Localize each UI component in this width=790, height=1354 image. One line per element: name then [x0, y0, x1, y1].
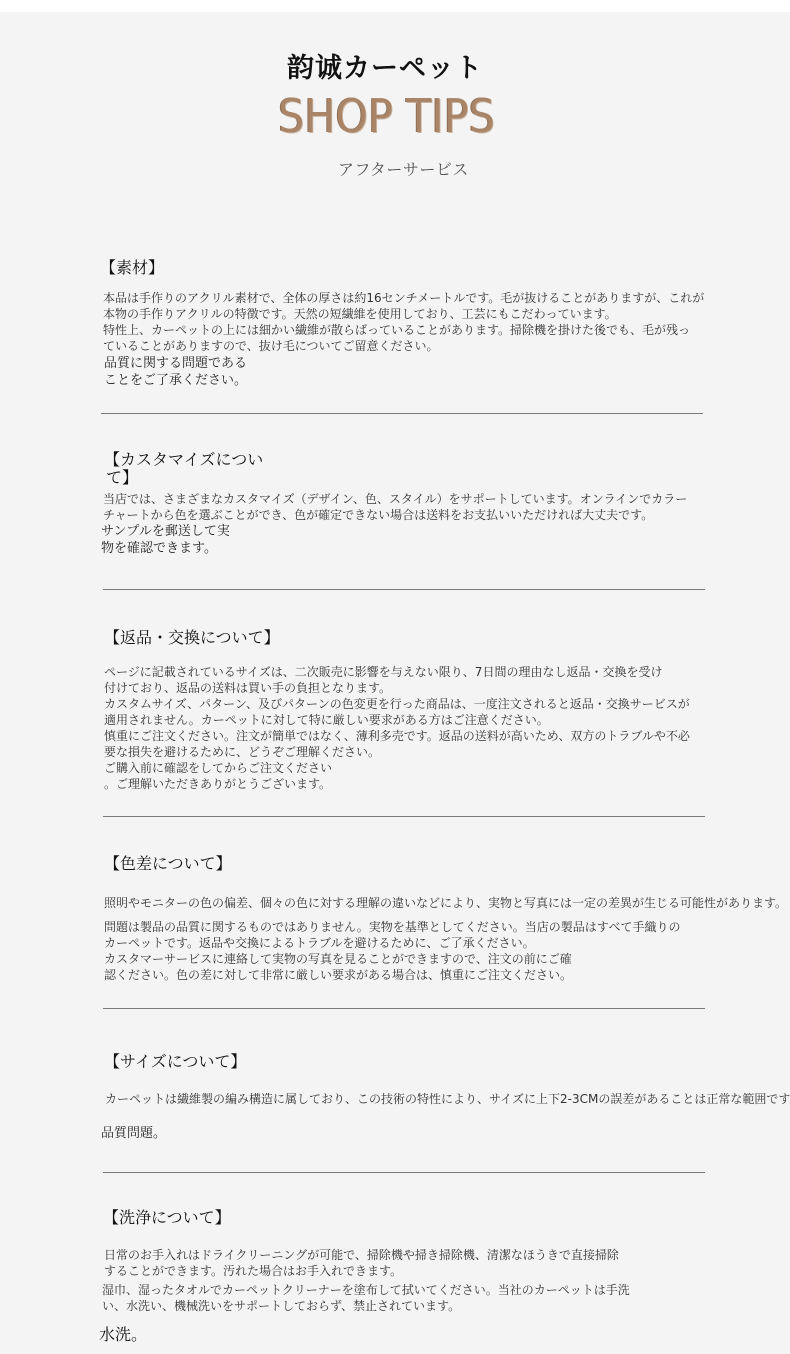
section-heading-color-diff: 【色差について】	[104, 854, 232, 874]
cleaning-tail: 水洗。	[99, 1322, 147, 1345]
material-line: 本品は手作りのアクリル素材で、全体の厚さは約16センチメートルです。毛が抜けるこ…	[103, 290, 704, 306]
top-strip	[0, 0, 790, 12]
cleaning-line: 日常のお手入れはドライクリーニングが可能で、掃除機や掃き掃除機、清潔なほうきで直…	[104, 1247, 619, 1263]
section-divider	[103, 816, 705, 817]
returns-line: カスタムサイズ、パターン、及びパターンの色変更を行った商品は、一度注文されると返…	[104, 696, 690, 712]
customize-line: チャートから色を選ぶことができ、色が確定できない場合は送料をお支払いいただければ…	[103, 507, 653, 523]
returns-line: 付けており、返品の送料は買い手の負担となります。	[104, 680, 391, 696]
cleaning-line: い、水洗い、機械洗いをサポートしておらず、禁止されています。	[102, 1298, 460, 1314]
customize-tail-line: 物を確認できます。	[101, 540, 217, 557]
color-diff-line: カーペットです。返品や交換によるトラブルを避けるために、ご了承ください。	[104, 935, 535, 951]
cleaning-line: することができます。汚れた場合はお手入れできます。	[104, 1263, 402, 1279]
color-diff-first-line: 照明やモニターの色の偏差、個々の色に対する理解の違いなどにより、実物と写真には一…	[104, 895, 787, 911]
material-tail-line: ことをご了承ください。	[104, 372, 247, 389]
returns-line: ご購入前に確認をしてからご注文ください	[104, 760, 332, 776]
returns-line: 要な損失を避けるために、どうぞご理解ください。	[104, 744, 380, 760]
section-divider	[103, 589, 705, 590]
shop-name: 韵诚カーペット	[287, 46, 483, 85]
material-line: 本物の手作りアクリルの特徴です。天然の短繊維を使用しており、工芸にもこだわってい…	[103, 306, 617, 322]
page-subtitle: アフターサービス	[338, 157, 469, 180]
returns-line: ページに記載されているサイズは、二次販売に影響を与えない限り、7日間の理由なし返…	[104, 664, 662, 680]
material-line: ていることがありますので、抜け毛についてご留意ください。	[103, 338, 439, 354]
cleaning-line: 湿巾、湿ったタオルでカーペットクリーナーを塗布して拭いてください。当社のカーペッ…	[102, 1282, 630, 1298]
section-heading-cleaning: 【洗浄について】	[103, 1208, 231, 1228]
material-line: 特性上、カーペットの上には細かい繊維が散らばっていることがあります。掃除機を掛け…	[103, 322, 690, 338]
section-heading-customize: 【カスタマイズについ	[104, 450, 263, 470]
customize-tail-line: サンプルを郵送して実	[101, 523, 230, 540]
section-divider	[101, 413, 703, 414]
section-heading-returns: 【返品・交換について】	[104, 628, 280, 648]
returns-line: 慎重にご注文ください。注文が簡単ではなく、薄利多売です。返品の送料が高いため、双…	[104, 728, 690, 744]
returns-line: 。ご理解いただきありがとうございます。	[104, 776, 331, 792]
section-heading-customize-cont: て】	[106, 468, 138, 488]
customize-line: 当店では、さまざまなカスタマイズ（デザイン、色、スタイル）をサポートしています。…	[103, 491, 687, 507]
returns-line: 適用されません。カーペットに対して特に厳しい要求がある方はご注意ください。	[104, 712, 549, 728]
shop-tips-logo: SHOP TIPS	[278, 88, 495, 144]
size-line: カーペットは繊維製の編み構造に属しており、この技術の特性により、サイズに上下2-…	[105, 1091, 790, 1107]
material-tail-line: 品質に関する問題である	[104, 355, 247, 372]
color-diff-line: 認ください。色の差に対して非常に厳しい要求がある場合は、慎重にご注文ください。	[104, 967, 572, 983]
size-tail: 品質問題。	[101, 1125, 166, 1142]
color-diff-line: カスタマーサービスに連絡して実物の写真を見ることができますので、注文の前にご確	[104, 951, 572, 967]
section-divider	[103, 1008, 705, 1009]
section-heading-material: 【素材】	[100, 258, 164, 278]
section-heading-size: 【サイズについて】	[104, 1052, 246, 1072]
color-diff-line: 問題は製品の品質に関するものではありません。実物を基準としてください。当店の製品…	[104, 919, 680, 935]
section-divider	[103, 1172, 705, 1173]
